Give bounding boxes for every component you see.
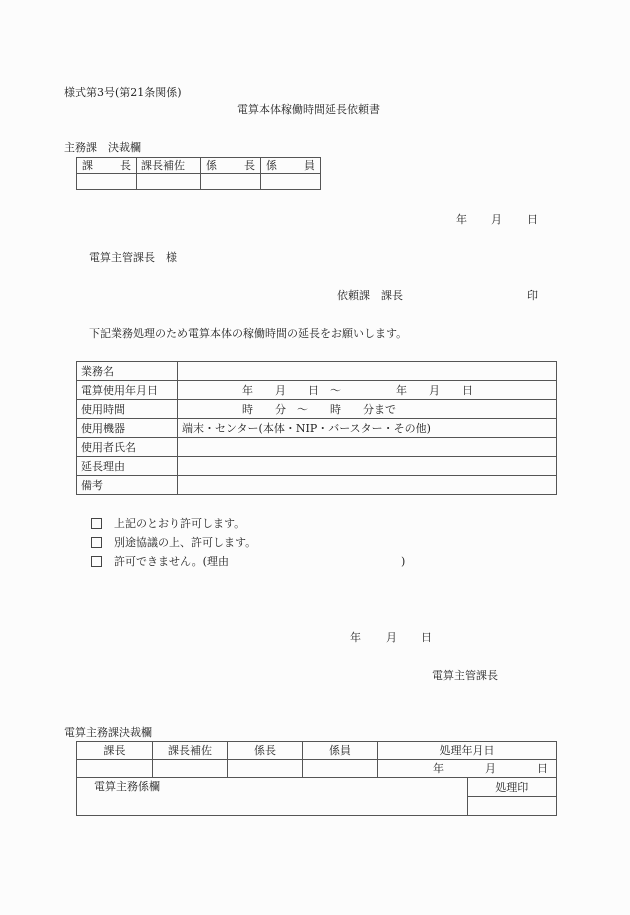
date-year: 年 [456, 214, 467, 225]
header-subsection-chief: 係長 [228, 742, 303, 760]
row-label: 延長理由 [77, 457, 178, 476]
signer: 電算主管課長 [432, 670, 498, 681]
checkbox-icon[interactable] [91, 537, 102, 548]
table-row: 使用機器端末・センター(本体・NIP・バースター・その他) [77, 419, 557, 438]
table-row: 業務名 [77, 362, 557, 381]
seal-cell[interactable] [77, 174, 137, 190]
date-day: 日 [527, 214, 538, 225]
reason-close-paren: ) [401, 556, 405, 567]
table-row: 備考 [77, 476, 557, 495]
date-year: 年 [350, 632, 361, 643]
page-title: 電算本体稼働時間延長依頼書 [237, 104, 380, 115]
option-reject[interactable]: 許可できません。(理由 [91, 556, 229, 567]
checkbox-icon[interactable] [91, 556, 102, 567]
approval-table: 課長 課長補佐 係長 係員 [76, 157, 321, 190]
header-assistant-chief: 課長補佐 [153, 742, 228, 760]
request-text: 下記業務処理のため電算本体の稼働時間の延長をお願いします。 [89, 328, 407, 339]
form-number: 様式第3号(第21条関係) [64, 87, 182, 98]
dept-section-label: 電算主務課決裁欄 [64, 727, 152, 738]
stamp-header: 処理印 [467, 778, 557, 797]
seal-cell[interactable] [201, 174, 261, 190]
user-name-field[interactable] [178, 438, 557, 457]
reason-field[interactable] [178, 457, 557, 476]
details-table: 業務名 電算使用年月日年 月 日 ～ 年 月 日 使用時間時 分 ～ 時 分まで… [76, 361, 557, 495]
row-label: 使用機器 [77, 419, 178, 438]
approval-section-label: 主務課 決裁欄 [64, 142, 141, 153]
requester-label: 依頼課 課長 [337, 290, 403, 301]
table-row: 使用者氏名 [77, 438, 557, 457]
date-month: 月 [386, 632, 397, 643]
seal-mark: 印 [527, 290, 538, 301]
header-assistant-chief: 課長補佐 [137, 158, 201, 174]
option-approve-after-consult[interactable]: 別途協議の上、許可します。 [91, 537, 256, 548]
staff-section[interactable]: 電算主務係欄 [77, 778, 468, 816]
seal-cell[interactable] [303, 760, 378, 778]
table-row: 電算使用年月日年 月 日 ～ 年 月 日 [77, 381, 557, 400]
job-name-field[interactable] [178, 362, 557, 381]
header-section-chief: 課長 [77, 742, 153, 760]
date-day: 日 [421, 632, 432, 643]
row-label: 電算使用年月日 [77, 381, 178, 400]
seal-cell[interactable] [137, 174, 201, 190]
row-label: 使用時間 [77, 400, 178, 419]
row-label: 業務名 [77, 362, 178, 381]
stamp-cell[interactable] [467, 797, 557, 816]
row-label: 備考 [77, 476, 178, 495]
header-subsection-chief: 係長 [201, 160, 260, 171]
usage-date-field[interactable]: 年 月 日 ～ 年 月 日 [178, 381, 557, 400]
date-month: 月 [491, 214, 502, 225]
seal-cell[interactable] [261, 174, 321, 190]
checkbox-icon[interactable] [91, 518, 102, 529]
usage-time-field[interactable]: 時 分 ～ 時 分まで [178, 400, 557, 419]
row-label: 使用者氏名 [77, 438, 178, 457]
dept-approval-table: 課長 課長補佐 係長 係員 処理年月日 年 月 日 電算主務係欄 処理印 [76, 741, 557, 816]
addressee: 電算主管課長 様 [89, 252, 177, 263]
header-staff: 係員 [303, 742, 378, 760]
remarks-field[interactable] [178, 476, 557, 495]
header-staff: 係員 [261, 160, 320, 171]
table-row: 延長理由 [77, 457, 557, 476]
option-approve[interactable]: 上記のとおり許可します。 [91, 518, 245, 529]
seal-cell[interactable] [77, 760, 153, 778]
header-process-date: 処理年月日 [378, 742, 557, 760]
table-row: 使用時間時 分 ～ 時 分まで [77, 400, 557, 419]
equipment-field[interactable]: 端末・センター(本体・NIP・バースター・その他) [178, 419, 557, 438]
header-section-chief: 課長 [77, 160, 136, 171]
process-date-field[interactable]: 年 月 日 [378, 760, 557, 778]
seal-cell[interactable] [228, 760, 303, 778]
seal-cell[interactable] [153, 760, 228, 778]
